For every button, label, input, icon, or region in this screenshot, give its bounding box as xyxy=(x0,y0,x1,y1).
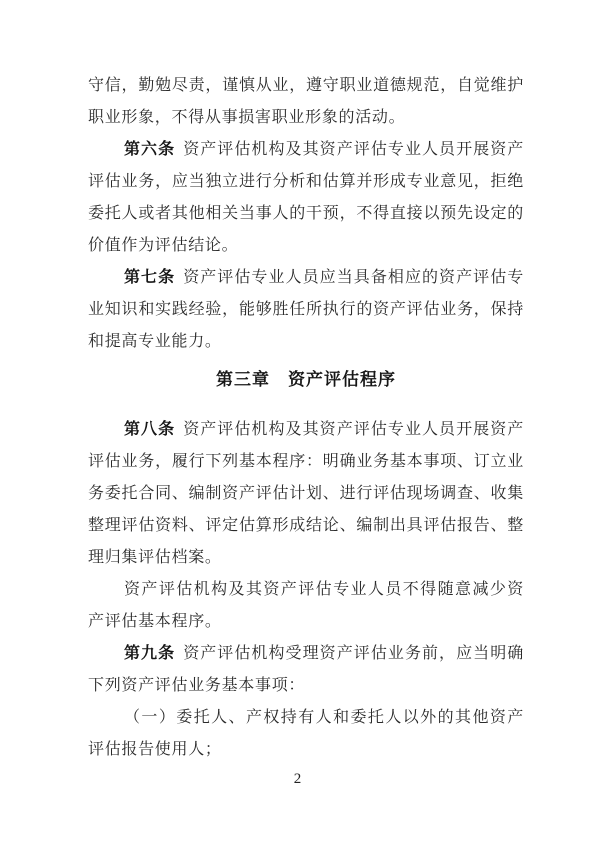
paragraph-continuation: 守信，勤勉尽责，谨慎从业，遵守职业道德规范，自觉维护职业形象，不得从事损害职业形… xyxy=(88,70,524,134)
article-6: 第六条资产评估机构及其资产评估专业人员开展资产评估业务，应当独立进行分析和估算并… xyxy=(88,134,524,262)
article-9: 第九条资产评估机构受理资产评估业务前，应当明确下列资产评估业务基本事项： xyxy=(88,638,524,702)
article-6-label: 第六条 xyxy=(124,141,175,158)
article-7-label: 第七条 xyxy=(124,269,175,286)
page-number: 2 xyxy=(0,770,595,788)
article-8: 第八条资产评估机构及其资产评估专业人员开展资产评估业务，履行下列基本程序：明确业… xyxy=(88,414,524,574)
article-7: 第七条资产评估专业人员应当具备相应的资产评估专业知识和实践经验，能够胜任所执行的… xyxy=(88,262,524,358)
chapter-3-heading: 第三章 资产评估程序 xyxy=(88,364,524,396)
article-8-paragraph-2: 资产评估机构及其资产评估专业人员不得随意减少资产评估基本程序。 xyxy=(88,574,524,638)
document-page: 守信，勤勉尽责，谨慎从业，遵守职业道德规范，自觉维护职业形象，不得从事损害职业形… xyxy=(0,0,595,841)
article-9-label: 第九条 xyxy=(124,645,175,662)
article-8-paragraph-2-text: 资产评估机构及其资产评估专业人员不得随意减少资产评估基本程序。 xyxy=(88,581,524,630)
page-content: 守信，勤勉尽责，谨慎从业，遵守职业道德规范，自觉维护职业形象，不得从事损害职业形… xyxy=(88,70,524,766)
article-8-text: 资产评估机构及其资产评估专业人员开展资产评估业务，履行下列基本程序：明确业务基本… xyxy=(88,421,524,566)
paragraph-text: 守信，勤勉尽责，谨慎从业，遵守职业道德规范，自觉维护职业形象，不得从事损害职业形… xyxy=(88,77,524,126)
article-8-label: 第八条 xyxy=(124,421,175,438)
article-9-item-1: （一）委托人、产权持有人和委托人以外的其他资产评估报告使用人； xyxy=(88,702,524,766)
article-9-item-1-text: （一）委托人、产权持有人和委托人以外的其他资产评估报告使用人； xyxy=(88,709,524,758)
